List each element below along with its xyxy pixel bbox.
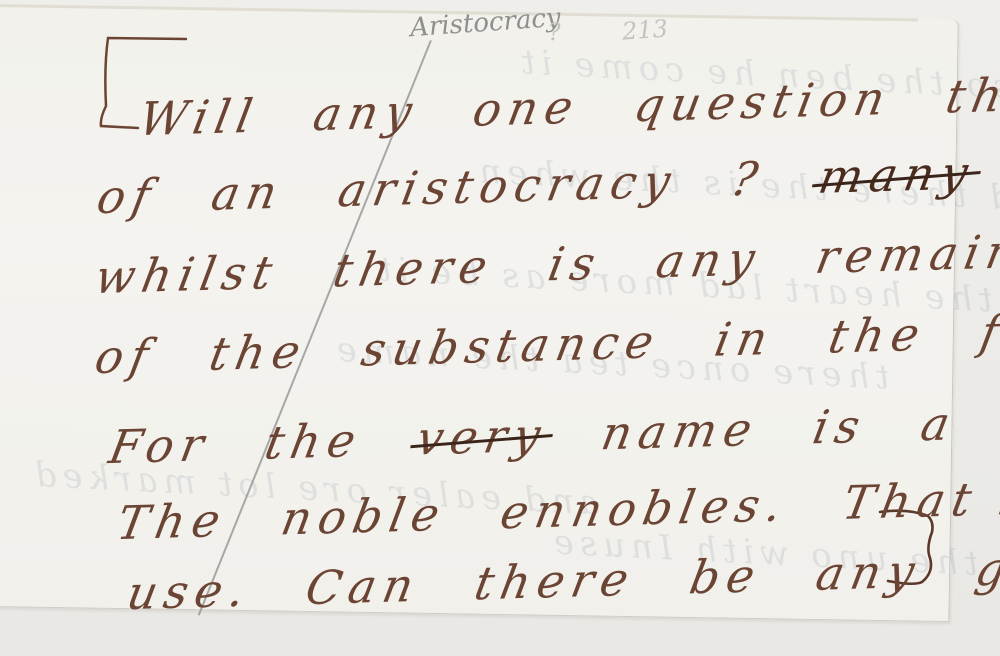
word: greater? [971,535,1000,596]
word: use. [123,562,256,620]
word: question [630,71,896,132]
word: is [544,236,606,292]
pencil-page-number: 213 [621,14,669,45]
struck-word: many [815,145,980,204]
word: any [812,544,926,601]
word: any [652,231,766,288]
word: aristocracy [334,154,682,218]
word: Will [135,89,264,147]
word: the [261,413,367,470]
struck-word: very [413,408,552,466]
word: ennobles. [496,477,793,539]
word: noble [277,487,451,546]
word: there [329,239,498,298]
word: one [469,80,584,137]
word: the [824,307,930,364]
word: any [309,84,423,141]
word: the [205,324,311,381]
word: name [597,402,763,461]
word: Can [302,558,425,615]
word: in [711,311,779,367]
word: substance [357,314,665,377]
word: The [113,493,231,550]
word: the [942,67,1000,124]
word: remainder [812,221,1000,284]
word: a [917,396,961,451]
word: there [470,552,639,611]
word: an [207,165,288,221]
pencil-faint-mark: ? [547,18,562,47]
word: That is his [839,467,1000,530]
word: whilst [91,245,283,304]
word: of [93,168,162,224]
word: ? [727,151,769,206]
word: of [91,328,160,384]
word: be [686,548,767,604]
word: is [809,399,871,455]
word: For [105,417,215,474]
word: form. [976,301,1000,360]
